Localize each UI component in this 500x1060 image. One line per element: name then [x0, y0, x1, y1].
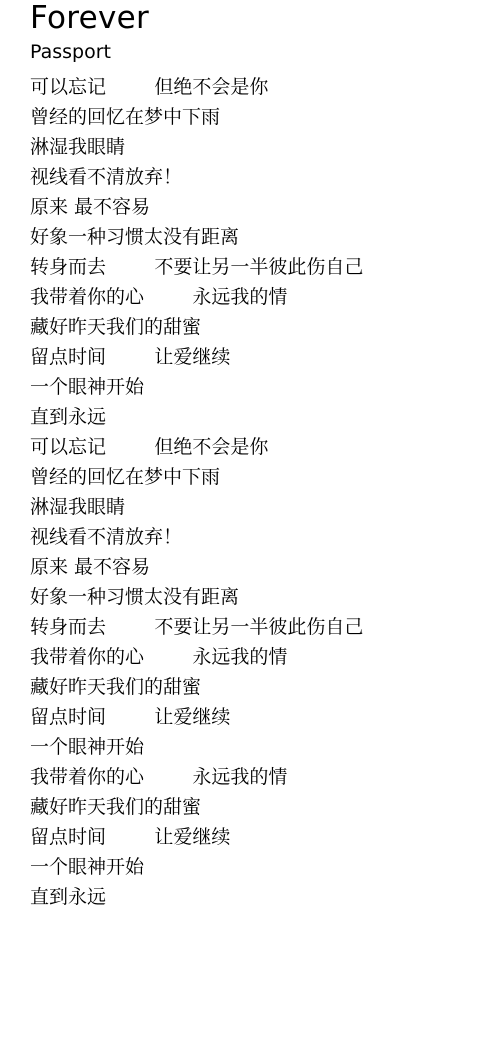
lyric-line: 淋湿我眼睛 — [30, 492, 500, 522]
lyric-line: 我带着你的心 永远我的情 — [30, 282, 500, 312]
lyric-line: 藏好昨天我们的甜蜜 — [30, 792, 500, 822]
lyric-line: 留点时间 让爱继续 — [30, 702, 500, 732]
lyric-line: 一个眼神开始 — [30, 852, 500, 882]
lyric-line: 可以忘记 但绝不会是你 — [30, 72, 500, 102]
lyric-line: 留点时间 让爱继续 — [30, 822, 500, 852]
lyric-line: 我带着你的心 永远我的情 — [30, 762, 500, 792]
lyric-line: 好象一种习惯太没有距离 — [30, 582, 500, 612]
lyric-line: 直到永远 — [30, 402, 500, 432]
lyric-line: 直到永远 — [30, 882, 500, 912]
lyric-line: 藏好昨天我们的甜蜜 — [30, 672, 500, 702]
lyric-line: 曾经的回忆在梦中下雨 — [30, 102, 500, 132]
lyric-line: 好象一种习惯太没有距离 — [30, 222, 500, 252]
song-artist: Passport — [30, 40, 500, 64]
lyric-line: 淋湿我眼睛 — [30, 132, 500, 162]
lyric-line: 转身而去 不要让另一半彼此伤自己 — [30, 252, 500, 282]
lyrics-page: Forever Passport 可以忘记 但绝不会是你 曾经的回忆在梦中下雨 … — [30, 0, 500, 912]
lyric-line: 我带着你的心 永远我的情 — [30, 642, 500, 672]
lyric-line: 藏好昨天我们的甜蜜 — [30, 312, 500, 342]
lyric-line: 一个眼神开始 — [30, 372, 500, 402]
lyric-line: 可以忘记 但绝不会是你 — [30, 432, 500, 462]
lyric-line: 原来 最不容易 — [30, 192, 500, 222]
lyric-line: 视线看不清放弃！ — [30, 522, 500, 552]
lyric-line: 视线看不清放弃！ — [30, 162, 500, 192]
lyrics-body: 可以忘记 但绝不会是你 曾经的回忆在梦中下雨 淋湿我眼睛 视线看不清放弃！ 原来… — [30, 72, 500, 912]
lyric-line: 留点时间 让爱继续 — [30, 342, 500, 372]
lyric-line: 转身而去 不要让另一半彼此伤自己 — [30, 612, 500, 642]
song-title: Forever — [30, 0, 500, 36]
lyric-line: 曾经的回忆在梦中下雨 — [30, 462, 500, 492]
lyric-line: 一个眼神开始 — [30, 732, 500, 762]
lyric-line: 原来 最不容易 — [30, 552, 500, 582]
